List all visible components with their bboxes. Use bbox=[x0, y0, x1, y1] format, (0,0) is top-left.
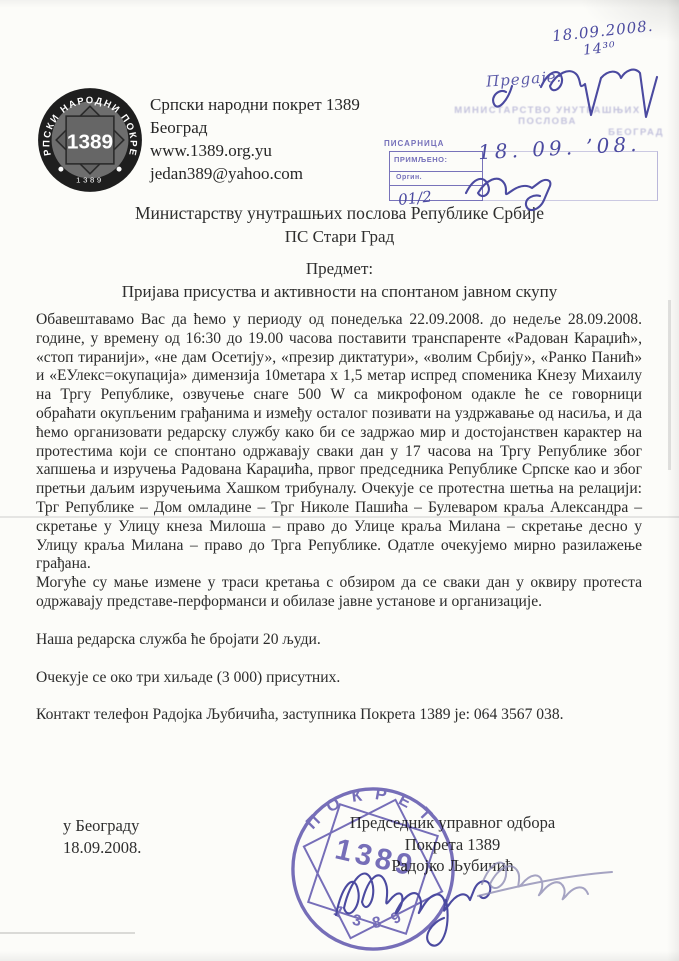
body-paragraph: Очекује се око три хиљаде (3 000) присут… bbox=[36, 669, 642, 688]
stamp-arc-top-text: ПОКРЕТ bbox=[302, 784, 444, 833]
organization-seal-icon: СРПСКИ НАРОДНИ ПОКРЕТ 1389 1389 bbox=[36, 86, 144, 194]
svg-text:ПОКРЕТ: ПОКРЕТ bbox=[302, 784, 444, 833]
closing-place: у Београду bbox=[63, 815, 141, 837]
addressee-line-1: Министарству унутрашњих послова Републик… bbox=[0, 203, 679, 224]
org-email: jedan389@yahoo.com bbox=[150, 162, 360, 185]
body-paragraph: Наша редарска служба ће бројати 20 људи. bbox=[36, 631, 642, 650]
org-name: Српски народни покрет 1389 bbox=[150, 93, 360, 116]
closing-date: 18.09.2008. bbox=[63, 837, 141, 859]
body-paragraph: Обавештавамо Вас да ћемо у периоду од по… bbox=[36, 311, 642, 574]
org-city: Београд bbox=[150, 116, 360, 139]
seal-center-year: 1389 bbox=[67, 130, 113, 153]
scan-artifact-line bbox=[668, 300, 671, 470]
round-stamp-icon: ПОКРЕТ 1389 1389 bbox=[286, 782, 460, 956]
subject-text: Пријава присуства и активности на спонта… bbox=[0, 282, 679, 302]
letterhead: Српски народни покрет 1389 Београд www.1… bbox=[150, 93, 360, 185]
handover-label: Предаје: bbox=[485, 67, 563, 90]
seal-bottom-year: 1389 bbox=[76, 176, 104, 185]
scan-artifact-line bbox=[0, 516, 679, 518]
seal-dot-left bbox=[58, 167, 63, 172]
received-label: ПРИМЉЕНО: bbox=[390, 152, 482, 172]
registry-office-label: ПИСАРНИЦА bbox=[384, 139, 444, 148]
subject-label: Предмет: bbox=[0, 259, 679, 279]
stamp-center-year: 1389 bbox=[332, 833, 419, 884]
seal-dot-right bbox=[117, 167, 122, 172]
received-stamp-box: ПРИМЉЕНО: Оргин. 01/2 bbox=[389, 151, 483, 201]
closing-place-date: у Београду 18.09.2008. bbox=[63, 815, 141, 859]
body-paragraph: Могуће су мање измене у траси кретања с … bbox=[36, 574, 642, 612]
letter-body: Обавештавамо Вас да ћемо у периоду од по… bbox=[36, 311, 642, 725]
ministry-stamp-line1: МИНИСТАРСТВО УНУТРАШЊИХ ПОСЛОВА bbox=[425, 105, 670, 127]
scan-artifact-line bbox=[0, 932, 135, 934]
scanned-letter-page: СРПСКИ НАРОДНИ ПОКРЕТ 1389 1389 Српски н… bbox=[0, 0, 679, 961]
handwritten-time: 14³⁰ bbox=[582, 39, 617, 58]
org-website: www.1389.org.yu bbox=[150, 139, 360, 162]
addressee-line-2: ПС Стари Град bbox=[0, 227, 679, 247]
body-paragraph: Контакт телефон Радојка Љубичића, заступ… bbox=[36, 706, 642, 725]
